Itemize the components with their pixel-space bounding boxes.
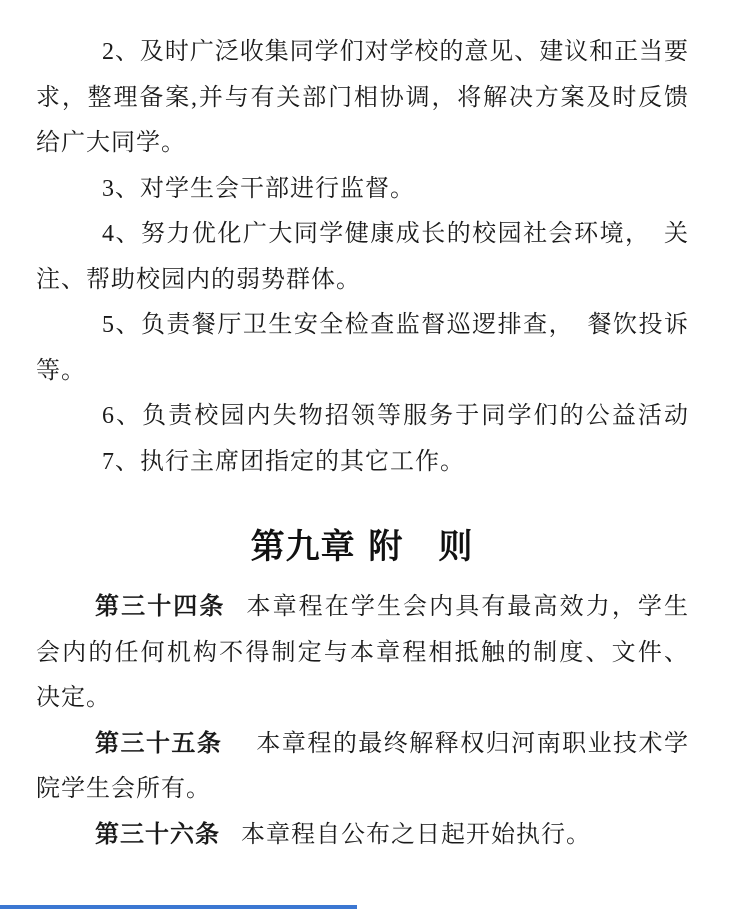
list-item-4-line-1: 4、努力优化广大同学健康成长的校园社会环境， 关 xyxy=(36,212,688,258)
list-item-2-line-3: 给广大同学。 xyxy=(36,121,688,167)
article-35-line-2: 院学生会所有。 xyxy=(36,767,688,813)
article-35-label: 第三十五条 xyxy=(95,731,222,757)
article-36-text: 本章程自公布之日起开始执行。 xyxy=(241,822,591,848)
list-item-3: 3、对学生会干部进行监督。 xyxy=(36,167,688,213)
list-item-5-line-1: 5、负责餐厅卫生安全检查监督巡逻排查， 餐饮投诉 xyxy=(36,303,688,349)
chapter-heading: 第九章 附 则 xyxy=(36,512,688,582)
article-35-text: 本章程的最终解释权归河南职业技术学 xyxy=(256,731,688,757)
article-35-line-1: 第三十五条本章程的最终解释权归河南职业技术学 xyxy=(36,722,688,768)
article-34-line-1: 第三十四条本章程在学生会内具有最高效力，学生 xyxy=(36,585,688,631)
document-body: 2、及时广泛收集同学们对学校的意见、建议和正当要 求，整理备案,并与有关部门相协… xyxy=(0,0,735,858)
page-divider-line xyxy=(0,905,357,909)
list-item-6: 6、负责校园内失物招领等服务于同学们的公益活动 xyxy=(36,394,688,440)
list-item-7: 7、执行主席团指定的其它工作。 xyxy=(36,440,688,486)
article-34-line-2: 会内的任何机构不得制定与本章程相抵触的制度、文件、 xyxy=(36,631,688,677)
document-page: 2、及时广泛收集同学们对学校的意见、建议和正当要 求，整理备案,并与有关部门相协… xyxy=(0,0,735,910)
list-item-2-line-1: 2、及时广泛收集同学们对学校的意见、建议和正当要 xyxy=(36,30,688,76)
list-item-5-line-2: 等。 xyxy=(36,349,688,395)
article-34-text: 本章程在学生会内具有最高效力，学生 xyxy=(246,594,688,620)
list-item-4-line-2: 注、帮助校园内的弱势群体。 xyxy=(36,258,688,304)
article-34-label: 第三十四条 xyxy=(95,594,225,620)
article-34-line-3: 决定。 xyxy=(36,676,688,722)
article-36-line: 第三十六条本章程自公布之日起开始执行。 xyxy=(36,813,688,859)
list-item-2-line-2: 求，整理备案,并与有关部门相协调，将解决方案及时反馈 xyxy=(36,76,688,122)
article-36-label: 第三十六条 xyxy=(95,822,220,848)
